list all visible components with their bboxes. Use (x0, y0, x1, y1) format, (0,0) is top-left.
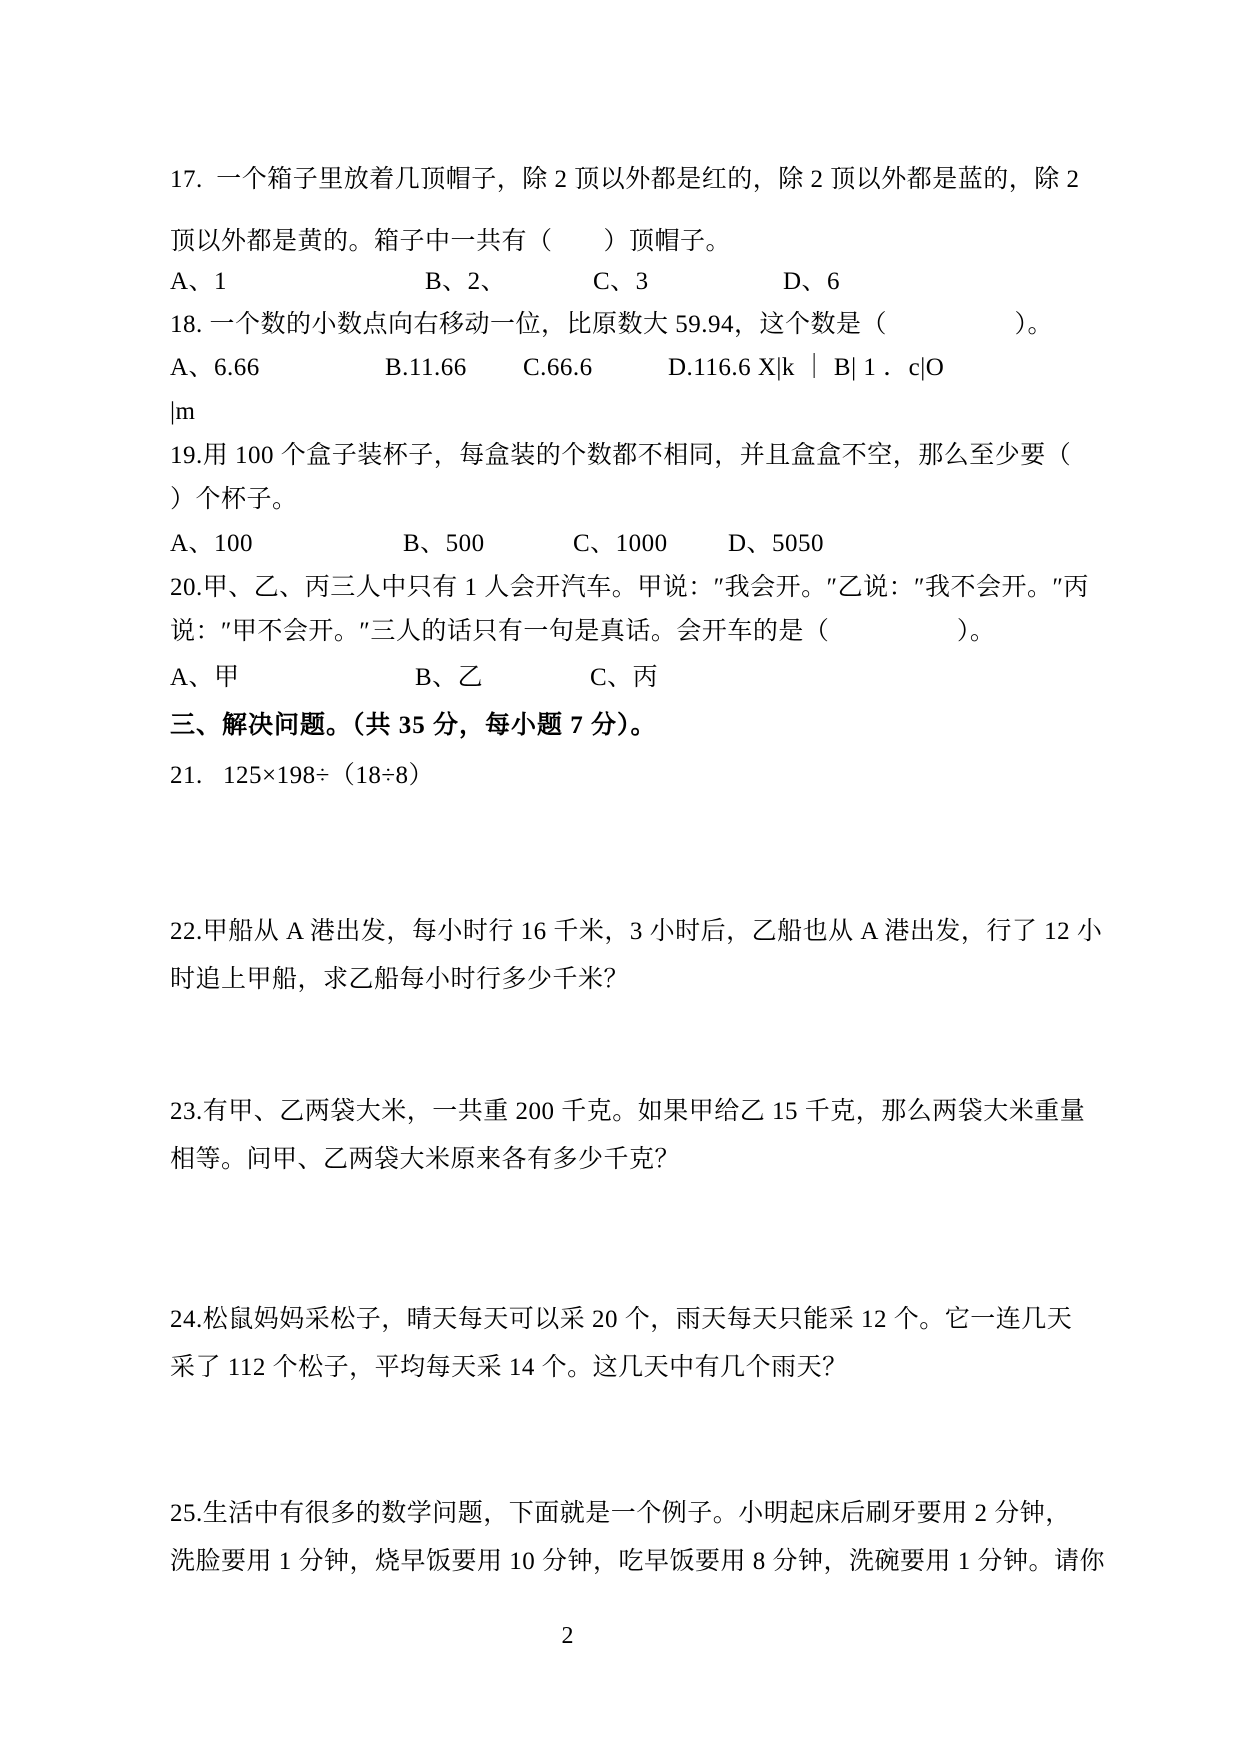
question-25-line-2: 洗脸要用 1 分钟，烧早饭要用 10 分钟，吃早饭要用 8 分钟，洗碗要用 1 … (170, 1542, 1105, 1582)
question-18-line-1: 18. 一个数的小数点向右移动一位，比原数大 59.94，这个数是（ ）。 (170, 305, 1053, 345)
question-18-watermark-line: |m (170, 392, 195, 432)
question-18-option-a: A、6.66 (170, 348, 260, 388)
question-19-line-1: 19.用 100 个盒子装杯子，每盒装的个数都不相同，并且盒盒不空，那么至少要（ (170, 436, 1071, 476)
question-24-line-2: 采了 112 个松子，平均每天采 14 个。这几天中有几个雨天？ (170, 1348, 848, 1388)
question-23-line-1: 23.有甲、乙两袋大米，一共重 200 千克。如果甲给乙 15 千克，那么两袋大… (170, 1092, 1085, 1132)
question-19-line-2: ）个杯子。 (170, 480, 298, 520)
question-17-option-d: D、6 (783, 262, 840, 302)
question-20-option-c: C、丙 (590, 658, 658, 698)
question-18-options: A、6.66 B.11.66 C.66.6 D.116.6 X|k ｜ B| 1… (170, 348, 990, 388)
question-17-option-a: A、1 (170, 262, 227, 302)
question-18-option-d: D.116.6 X|k ｜ B| 1 ．c|O (668, 348, 944, 388)
section-3-heading: 三、解决问题。（共 35 分，每小题 7 分）。 (170, 706, 657, 746)
question-17-line-2: 顶以外都是黄的。箱子中一共有（ ）顶帽子。 (170, 222, 731, 262)
question-19-option-b: B、500 (403, 524, 485, 564)
question-20-options: A、甲 B、乙 C、丙 (170, 658, 990, 698)
question-22-line-1: 22.甲船从 A 港出发，每小时行 16 千米，3 小时后，乙船也从 A 港出发… (170, 912, 1102, 952)
question-17-option-b: B、2、 (425, 262, 506, 302)
question-24-line-1: 24.松鼠妈妈采松子，晴天每天可以采 20 个，雨天每天只能采 12 个。它一连… (170, 1300, 1072, 1340)
page-number: 2 (170, 1618, 965, 1654)
document-page: 17. 一个箱子里放着几顶帽子，除 2 顶以外都是红的，除 2 顶以外都是蓝的，… (0, 0, 1241, 1754)
question-21-expression: 21. 125×198÷（18÷8） (170, 756, 434, 796)
question-20-option-a: A、甲 (170, 658, 240, 698)
question-25-line-1: 25.生活中有很多的数学问题，下面就是一个例子。小明起床后刷牙要用 2 分钟， (170, 1494, 1071, 1534)
question-18-option-b: B.11.66 (385, 348, 467, 388)
question-20-line-2: 说：″甲不会开。″三人的话只有一句是真话。会开车的是（ ）。 (170, 612, 995, 652)
question-20-line-1: 20.甲、乙、丙三人中只有 1 人会开汽车。甲说：″我会开。″乙说：″我不会开。… (170, 568, 1089, 608)
question-17-option-c: C、3 (593, 262, 649, 302)
question-19-option-a: A、100 (170, 524, 253, 564)
question-22-line-2: 时追上甲船，求乙船每小时行多少千米？ (170, 960, 629, 1000)
question-19-option-c: C、1000 (573, 524, 668, 564)
question-18-option-c: C.66.6 (523, 348, 593, 388)
question-17-line-1: 17. 一个箱子里放着几顶帽子，除 2 顶以外都是红的，除 2 顶以外都是蓝的，… (170, 160, 1080, 200)
question-23-line-2: 相等。问甲、乙两袋大米原来各有多少千克？ (170, 1140, 680, 1180)
question-19-option-d: D、5050 (728, 524, 824, 564)
question-17-options: A、1 B、2、 C、3 D、6 (170, 262, 990, 302)
question-20-option-b: B、乙 (415, 658, 483, 698)
question-19-options: A、100 B、500 C、1000 D、5050 (170, 524, 990, 564)
